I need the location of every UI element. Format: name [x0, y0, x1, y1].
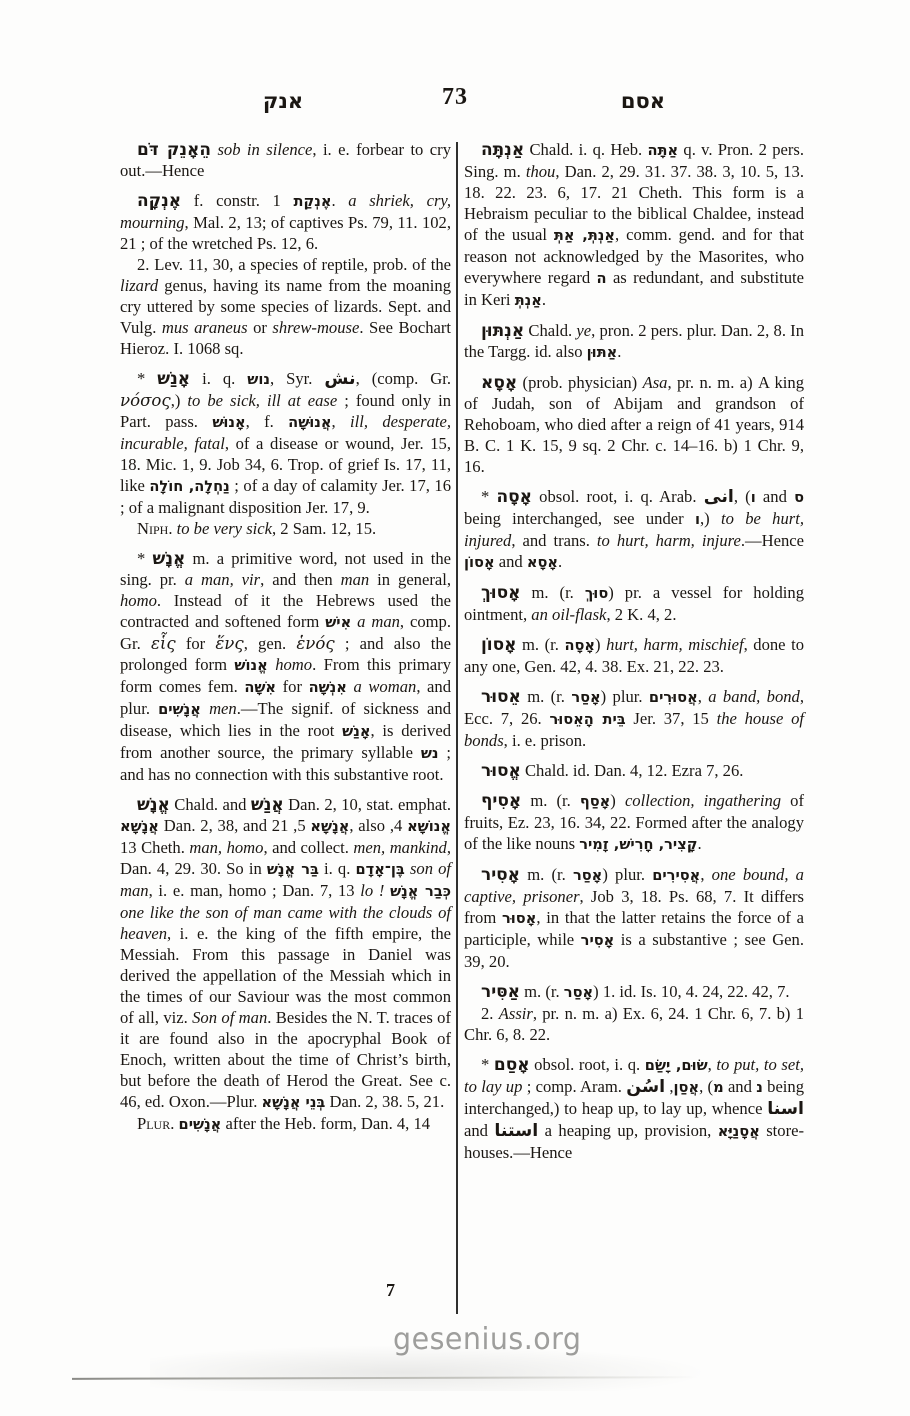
- text-run: and: [756, 487, 794, 506]
- italic-text: a man, vir: [185, 570, 260, 589]
- hebrew-text: אָסוּר: [502, 910, 536, 927]
- text-run: and: [464, 1121, 494, 1140]
- text-run: ,): [171, 391, 188, 410]
- italic-text: a band, bond: [708, 687, 800, 706]
- italic-text: Asa: [643, 373, 668, 392]
- text-run: , (comp. Gr.: [356, 369, 451, 388]
- text-run: .: [542, 290, 546, 309]
- entry-paragraph: Plur. אֲנָשִׁים after the Heb. form, Dan…: [120, 1113, 451, 1135]
- hebrew-headword: אָסִיר: [481, 864, 520, 884]
- italic-text: a man: [357, 612, 400, 631]
- hebrew-headword: אָסוּךְ: [481, 582, 520, 602]
- italic-text: shrew-mouse: [272, 318, 359, 337]
- text-run: ): [610, 791, 625, 810]
- hebrew-text: נוש: [247, 371, 270, 388]
- italic-text: men, mankind: [353, 838, 446, 857]
- hebrew-headword: אָסִיף: [481, 790, 521, 810]
- text-run: *: [137, 369, 157, 388]
- entry-paragraph: * אָסַם obsol. root, i. q. שׂוּם, יָשַׂם…: [464, 1054, 804, 1163]
- text-run: m. (r.: [516, 635, 564, 654]
- entry-paragraph: הֵאָנֵק דֹּם sob in silence, i. e. forbe…: [120, 139, 451, 181]
- text-column-right: אַנְתָּה Chald. i. q. Heb. אַתָּה q. v. …: [464, 139, 804, 1163]
- text-run: and: [724, 1077, 757, 1096]
- text-run: ) plur.: [602, 865, 652, 884]
- italic-text: homo: [275, 655, 312, 674]
- hebrew-text: אֱנוֹשָׁא: [407, 818, 451, 835]
- hebrew-text: אַנְתְּ: [515, 292, 542, 309]
- text-run: [201, 699, 209, 718]
- text-run: Chald.: [524, 321, 576, 340]
- text-run: *: [137, 549, 152, 568]
- entry-paragraph: אַנְתָּה Chald. i. q. Heb. אַתָּה q. v. …: [464, 139, 804, 311]
- italic-text: lo !: [360, 881, 384, 900]
- text-run: and: [495, 552, 527, 571]
- entry-paragraph: אָסָא (prob. physician) Asa, pr. n. m. a…: [464, 372, 804, 477]
- entry-paragraph: אָסִיר m. (r. אָסַר) plur. אֲסִירִים, on…: [464, 864, 804, 972]
- entry-paragraph: Niph. to be very sick, 2 Sam. 12, 15.: [120, 518, 451, 539]
- hebrew-headword: אֲנַשׁ: [251, 794, 284, 814]
- entry-paragraph: * אָסָה obsol. root, i. q. Arab. انى, (ו…: [464, 486, 804, 573]
- hebrew-text: אָסָא: [527, 554, 558, 571]
- greek-text: ἕνς: [215, 634, 243, 653]
- italic-text: to hurt, harm, injure: [597, 531, 741, 550]
- hebrew-text: אָנוּשׁ: [212, 414, 245, 431]
- hebrew-text: אֲסוּרִים: [649, 689, 698, 706]
- hebrew-text: אֲנָשִׁים: [179, 1116, 222, 1133]
- entry-paragraph: אַנְתּוּן Chald. ye, pron. 2 pers. plur.…: [464, 320, 804, 363]
- text-run: Dan. 2, 38, and: [159, 816, 272, 835]
- text-run: ; comp. Aram.: [522, 1077, 626, 1096]
- text-run: .: [558, 552, 562, 571]
- text-run: ,: [700, 865, 711, 884]
- text-run: a heaping up, provision,: [538, 1121, 717, 1140]
- entry-paragraph: 2. Assir, pr. n. m. a) Ex. 6, 24. 1 Chr.…: [464, 1003, 804, 1045]
- text-run: *: [481, 1055, 494, 1074]
- text-run: in general,: [369, 570, 451, 589]
- running-head-right: אסם: [478, 88, 808, 114]
- text-run: ): [595, 635, 606, 654]
- hebrew-headword: אָסָא: [481, 372, 517, 392]
- hebrew-text: בֶּן־אָדָם: [355, 861, 404, 878]
- text-run: or: [248, 318, 273, 337]
- text-run: .—Hence: [741, 531, 804, 550]
- scan-smudge-artifact: [150, 1345, 710, 1391]
- text-run: , (: [699, 1077, 713, 1096]
- italic-text: homo: [120, 591, 157, 610]
- hebrew-text: אֲסָנַיָּא: [718, 1123, 760, 1140]
- text-run: Dan. 2, 38. 5, 21.: [325, 1092, 444, 1111]
- text-run: for: [176, 634, 216, 653]
- text-run: m. (r.: [521, 687, 571, 706]
- hebrew-headword: אַסִּיר: [481, 981, 520, 1001]
- hebrew-headword: אֶנְקָה: [137, 190, 181, 210]
- text-run: .: [617, 342, 621, 361]
- hebrew-text: אַנְתְּ, אַתְּ: [554, 227, 615, 244]
- text-run: for: [276, 677, 309, 696]
- italic-text: hurt, harm, mischief: [606, 635, 743, 654]
- hebrew-text: אַתּוּן: [587, 344, 618, 361]
- text-run: 2.: [481, 1004, 499, 1023]
- text-run: ,: [698, 687, 709, 706]
- italic-text: mus araneus: [162, 318, 248, 337]
- syriac-text: اسُن: [626, 1077, 665, 1097]
- entry-paragraph: אֱנָשׁ Chald. and אֲנַשׁ Dan. 2, 10, sta…: [120, 794, 451, 1113]
- greek-text: ἑνός: [296, 634, 334, 653]
- text-run: , and collect.: [263, 838, 353, 857]
- text-run: m. (r.: [520, 583, 584, 602]
- text-run: (prob. physician): [517, 373, 642, 392]
- hebrew-text: אֲנָשִׁים: [158, 701, 201, 718]
- hebrew-text: שׂוּם, יָשַׂם: [645, 1057, 708, 1074]
- text-run: m. (r.: [520, 865, 573, 884]
- hebrew-text: קָצִיר, חָרִישׁ, זָמִיר: [579, 836, 697, 853]
- italic-text: sob in silence: [211, 140, 312, 159]
- syriac-text: استنا: [494, 1121, 538, 1141]
- italic-text: man: [341, 570, 370, 589]
- italic-text: collection, ingathering: [625, 791, 781, 810]
- entry-paragraph: * אָנַשׁ i. q. נוש, Syr. نش, (comp. Gr. …: [120, 368, 451, 518]
- hebrew-text: אָסָה: [564, 637, 595, 654]
- greek-text: εἷς: [151, 634, 176, 653]
- signature-mark: 7: [386, 1280, 395, 1301]
- hebrew-headword: אֱסוּר: [481, 760, 521, 780]
- hebrew-text: נ: [756, 1079, 763, 1096]
- text-run: m. (r.: [521, 791, 580, 810]
- hebrew-text: אָסַר: [564, 984, 593, 1001]
- hebrew-headword: אֱנָשׁ: [152, 548, 185, 568]
- text-run: , (: [734, 487, 751, 506]
- italic-text: lizard: [120, 276, 158, 295]
- hebrew-text: אִישׁ: [325, 614, 351, 631]
- column-divider-rule: [456, 142, 458, 1314]
- hebrew-headword: הֵאָנֵק דֹּם: [137, 139, 211, 159]
- entry-paragraph: אָסוֹן m. (r. אָסָה) hurt, harm, mischie…: [464, 634, 804, 677]
- hebrew-text: אֱנוֹשׁ: [234, 657, 267, 674]
- text-run: , f.: [246, 412, 289, 431]
- syriac-text: اسنا: [767, 1099, 804, 1119]
- italic-text: a woman: [353, 677, 416, 696]
- hebrew-text: אָסוֹן: [464, 554, 495, 571]
- text-run: , gen.: [244, 634, 297, 653]
- italic-text: men: [209, 699, 237, 718]
- hebrew-headword: אָנַשׁ: [157, 368, 190, 388]
- greek-text: νόσος: [120, 391, 171, 410]
- hebrew-text: אָסַר: [573, 867, 602, 884]
- text-run: , 2 Sam. 12, 15.: [272, 519, 376, 538]
- hebrew-text: נַחְלָה, חוֹלָה: [149, 478, 229, 495]
- text-run: *: [481, 487, 497, 506]
- text-run: , i. e. man, homo ; Dan. 7, 13: [149, 881, 361, 900]
- hebrew-text: אָסִיר: [581, 932, 615, 949]
- text-run: , i. e. prison.: [504, 731, 587, 750]
- text-run: ) plur.: [601, 687, 649, 706]
- text-run: ,: [332, 412, 351, 431]
- text-run: ,): [700, 509, 721, 528]
- text-run: ,: [665, 1077, 673, 1096]
- hebrew-text: בְּנֵי אֲנָשָׁא: [262, 1094, 326, 1111]
- entry-paragraph: אֱסוּר Chald. id. Dan. 4, 12. Ezra 7, 26…: [464, 760, 804, 781]
- italic-text: man, homo: [189, 838, 263, 857]
- text-run: Jer. 37, 15: [626, 709, 717, 728]
- hebrew-text: נש: [421, 745, 439, 762]
- hebrew-text: אֲסַן: [674, 1079, 700, 1096]
- arabic-text: انى: [704, 487, 734, 507]
- text-run: , Syr.: [270, 369, 324, 388]
- entry-paragraph: אַסִּיר m. (r. אָסַר) 1. id. Is. 10, 4. …: [464, 981, 804, 1003]
- entry-paragraph: אֵסוּר m. (r. אָסַר) plur. אֲסוּרִים, a …: [464, 686, 804, 751]
- text-run: Dan. 2, 10, stat. emphat.: [284, 795, 451, 814]
- text-run: , 2 K. 4, 2.: [606, 605, 676, 624]
- text-run: .: [698, 834, 702, 853]
- text-run: Chald. id. Dan. 4, 12. Ezra 7, 26.: [521, 761, 744, 780]
- entry-paragraph: אָסוּךְ m. (r. סוּךְ) pr. a vessel for h…: [464, 582, 804, 625]
- text-run: obsol. root, i. q. Arab.: [532, 487, 704, 506]
- italic-text: Son of man: [192, 1008, 267, 1027]
- hebrew-headword: אַנְתּוּן: [481, 320, 524, 340]
- hebrew-text: כְּבַר אֱנָשׁ: [390, 883, 451, 900]
- hebrew-headword: אֵסוּר: [481, 686, 521, 706]
- smallcaps-label: Niph.: [137, 519, 172, 538]
- text-run: obsol. root, i. q.: [530, 1055, 645, 1074]
- text-run: m. (r.: [520, 982, 564, 1001]
- italic-text: Assir: [499, 1004, 533, 1023]
- hebrew-text: בַּר אֱנָשׁ: [267, 861, 319, 878]
- smallcaps-label: Plur.: [137, 1114, 174, 1133]
- hebrew-text: אַתָּה: [647, 142, 678, 159]
- hebrew-headword: אַנְתָּה: [481, 139, 524, 159]
- hebrew-headword: אָסוֹן: [481, 634, 516, 654]
- italic-text: to be sick, ill at ease: [187, 391, 337, 410]
- text-run: Chald. i. q. Heb.: [524, 140, 647, 159]
- hebrew-headword: אָסַם: [494, 1054, 530, 1074]
- text-column-left: הֵאָנֵק דֹּם sob in silence, i. e. forbe…: [120, 139, 451, 1135]
- text-run: f. constr.: [181, 191, 272, 210]
- entry-paragraph: 2. Lev. 11, 30, a species of reptile, pr…: [120, 254, 451, 359]
- text-run: ) 1. id. Is. 10, 4. 24, 22. 42, 7.: [593, 982, 789, 1001]
- italic-text: an oil-flask: [531, 605, 606, 624]
- hebrew-text: אִנְשָׁה: [309, 679, 347, 696]
- hebrew-text: אָסַר: [571, 689, 600, 706]
- hebrew-text: סוּךְ: [585, 585, 608, 602]
- hebrew-text: אִשָּׁה: [244, 679, 276, 696]
- hebrew-text: בֵּית הָאֵסוּר: [549, 711, 625, 728]
- text-run: after the Heb. form, Dan. 4, 14: [221, 1114, 430, 1133]
- text-run: Chald. and: [170, 795, 251, 814]
- hebrew-text: ה: [597, 270, 607, 287]
- italic-text: thou: [526, 162, 556, 181]
- text-run: , and then: [260, 570, 341, 589]
- italic-text: ye: [576, 321, 591, 340]
- scanned-lexicon-page: אנק 73 אסם הֵאָנֵק דֹּם sob in silence, …: [0, 0, 910, 1416]
- entry-paragraph: * אֱנָשׁ m. a primitive word, not used i…: [120, 548, 451, 785]
- text-run: i. q.: [190, 369, 247, 388]
- hebrew-text: אֲנָשָׁא: [310, 818, 349, 835]
- hebrew-text: אֲסִירִים: [652, 867, 700, 884]
- hebrew-text: ס: [794, 489, 804, 506]
- entry-paragraph: אֶנְקָה f. constr. אֶנְקַת 1. a shriek, …: [120, 190, 451, 254]
- text-run: , and trans.: [511, 531, 597, 550]
- hebrew-headword: אָסָה: [497, 486, 532, 506]
- italic-text: to be very sick: [177, 519, 272, 538]
- hebrew-headword: אֱנָשׁ: [137, 794, 170, 814]
- hebrew-text: מ: [713, 1079, 724, 1096]
- syriac-text: نش: [324, 369, 355, 389]
- text-run: i. q.: [319, 859, 356, 878]
- hebrew-text: אֲנוּשָׁה: [288, 414, 331, 431]
- hebrew-text: אֲנָשָׁא: [120, 818, 159, 835]
- hebrew-text: אָסַף: [580, 793, 610, 810]
- entry-paragraph: אָסִיף m. (r. אָסַף) collection, ingathe…: [464, 790, 804, 855]
- text-run: being interchanged, see under: [464, 509, 695, 528]
- hebrew-text: אֶנְקַת: [294, 193, 332, 210]
- hebrew-text: אָנַשׁ: [342, 723, 370, 740]
- text-run: 2. Lev. 11, 30, a species of reptile, pr…: [137, 255, 451, 274]
